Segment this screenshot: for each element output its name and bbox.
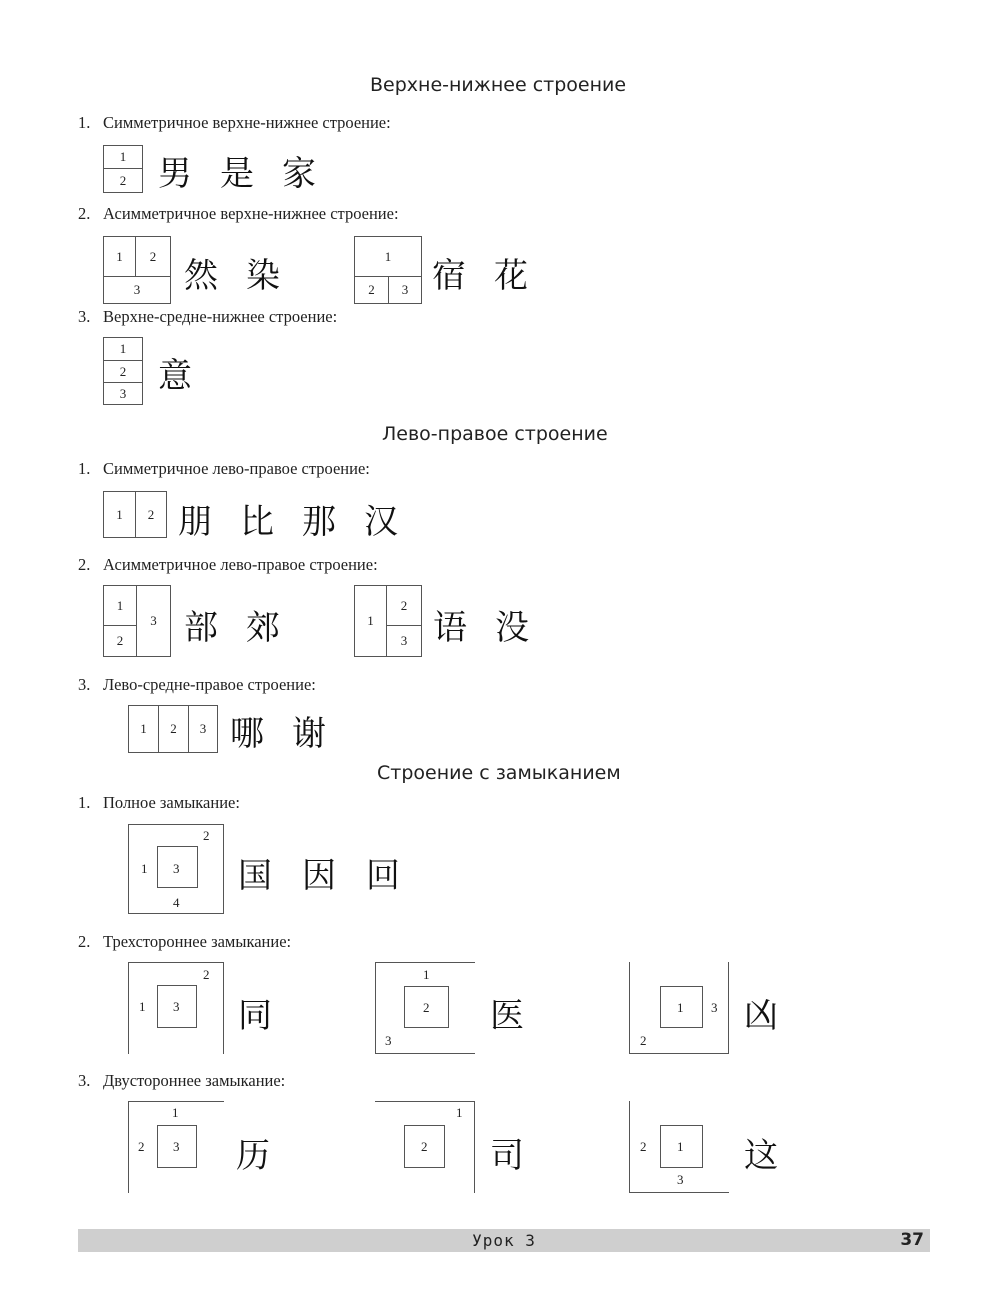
item-label: 1.Полное замыкание:: [78, 793, 240, 813]
chinese-characters: 朋比那汉: [178, 494, 426, 543]
structure-diagram: 1 2 3: [128, 705, 218, 753]
chinese-characters: 意: [158, 348, 220, 397]
section-heading-left-right: Лево-правое строение: [382, 423, 608, 445]
structure-diagram: 1 2 3 4: [128, 824, 224, 914]
item-label: 2.Трехстороннее замыкание:: [78, 932, 291, 952]
structure-diagram: 1 2 3: [103, 236, 171, 304]
chinese-characters: 然染: [184, 248, 308, 297]
structure-diagram: 1 2 3: [354, 236, 422, 304]
chinese-characters: 国因回: [238, 848, 430, 897]
structure-diagram: 1 2 3: [103, 585, 171, 657]
structure-diagram: 1 2: [103, 491, 167, 538]
section-heading-enclosure: Строение с замыканием: [377, 762, 621, 784]
item-label: 3.Верхне-средне-нижнее строение:: [78, 307, 337, 327]
lesson-title: Урок 3: [78, 1231, 930, 1250]
chinese-characters: 历: [236, 1128, 298, 1177]
chinese-characters: 语没: [433, 600, 557, 649]
chinese-characters: 哪谢: [230, 706, 354, 755]
structure-diagram: 1 2 3: [103, 337, 143, 405]
structure-diagram: 1 2: [103, 145, 143, 193]
structure-diagram: 1 2 3: [354, 585, 422, 657]
item-label: 1.Симметричное верхне-нижнее строение:: [78, 113, 391, 133]
chinese-characters: 同: [238, 988, 300, 1037]
section-heading-top-bottom: Верхне-нижнее строение: [370, 74, 626, 96]
item-label: 3.Двустороннее замыкание:: [78, 1071, 285, 1091]
item-label: 3.Лево-средне-правое строение:: [78, 675, 316, 695]
item-label: 2.Асимметричное верхне-нижнее строение:: [78, 204, 399, 224]
page-footer: Урок 3 37: [78, 1229, 930, 1252]
chinese-characters: 这: [744, 1128, 806, 1177]
chinese-characters: 凶: [744, 988, 806, 1037]
chinese-characters: 男是家: [158, 146, 344, 195]
chinese-characters: 部郊: [184, 600, 308, 649]
chinese-characters: 医: [490, 988, 552, 1037]
item-label: 2.Асимметричное лево-правое строение:: [78, 555, 378, 575]
page-number: 37: [900, 1230, 924, 1250]
item-label: 1.Симметричное лево-правое строение:: [78, 459, 370, 479]
chinese-characters: 宿花: [432, 248, 556, 297]
chinese-characters: 司: [490, 1128, 552, 1177]
